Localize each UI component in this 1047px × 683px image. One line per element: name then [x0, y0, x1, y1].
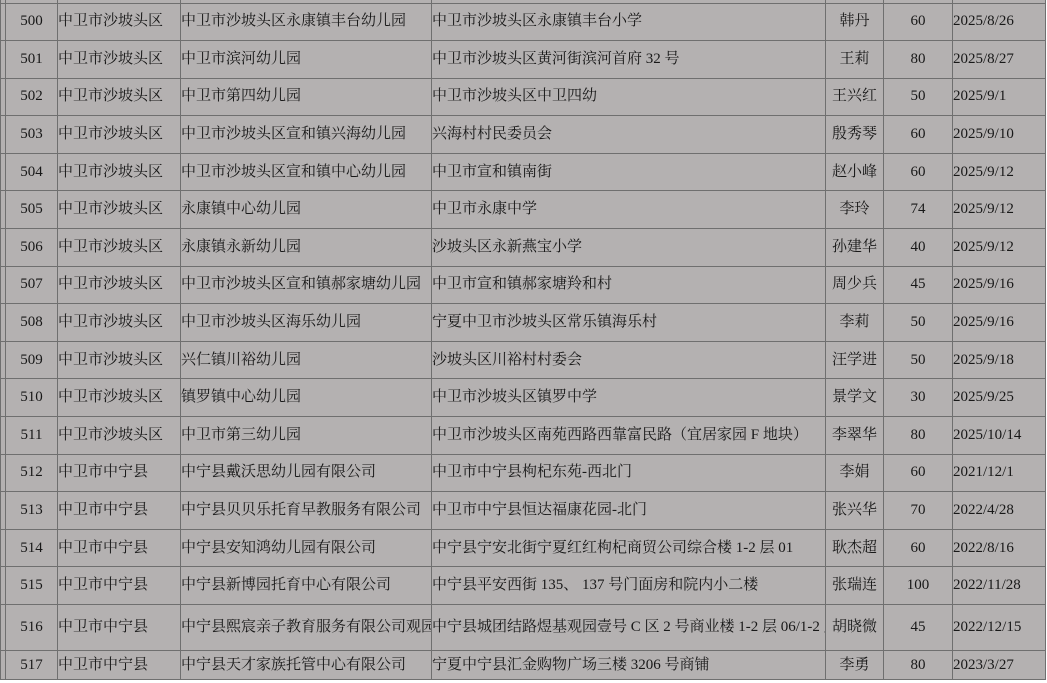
date-cell[interactable]: 2025/8/27	[953, 41, 1046, 79]
row-number-cell[interactable]: 508	[6, 304, 58, 342]
facility-name-cell[interactable]: 中卫市沙坡头区海乐幼儿园	[181, 304, 432, 342]
facility-name-cell[interactable]: 永康镇中心幼儿园	[181, 191, 432, 229]
capacity-cell[interactable]: 40	[884, 229, 953, 267]
address-cell[interactable]: 中卫市宣和镇郝家塘羚和村	[432, 266, 826, 304]
region-cell[interactable]: 中卫市沙坡头区	[58, 116, 181, 154]
table-row: 508中卫市沙坡头区中卫市沙坡头区海乐幼儿园宁夏中卫市沙坡头区常乐镇海乐村李莉5…	[1, 304, 1046, 342]
facility-name-cell[interactable]: 中卫市沙坡头区宣和镇兴海幼儿园	[181, 116, 432, 154]
row-number-cell[interactable]: 514	[6, 529, 58, 567]
table-row: 503中卫市沙坡头区中卫市沙坡头区宣和镇兴海幼儿园兴海村村民委员会殷秀琴6020…	[1, 116, 1046, 154]
capacity-cell[interactable]: 60	[884, 454, 953, 492]
address-cell[interactable]: 中卫市沙坡头区永康镇丰台小学	[432, 3, 826, 41]
contact-name-cell[interactable]: 殷秀琴	[826, 116, 884, 154]
date-cell[interactable]: 2025/9/16	[953, 266, 1046, 304]
address-cell[interactable]: 中卫市中宁县恒达福康花园-北门	[432, 492, 826, 530]
row-number-cell[interactable]: 509	[6, 341, 58, 379]
row-number-cell[interactable]: 505	[6, 191, 58, 229]
row-number-cell[interactable]: 516	[6, 605, 58, 651]
capacity-cell[interactable]: 30	[884, 379, 953, 417]
date-cell[interactable]: 2025/9/12	[953, 153, 1046, 191]
contact-name-cell[interactable]: 李勇	[826, 651, 884, 680]
region-cell[interactable]: 中卫市沙坡头区	[58, 191, 181, 229]
table-row: 511中卫市沙坡头区中卫市第三幼儿园中卫市沙坡头区南苑西路西靠富民路（宜居家园 …	[1, 417, 1046, 455]
row-number-cell[interactable]: 512	[6, 454, 58, 492]
date-cell[interactable]: 2022/8/16	[953, 529, 1046, 567]
address-cell[interactable]: 中宁县宁安北街宁夏红红枸杞商贸公司综合楼 1-2 层 01	[432, 529, 826, 567]
row-number-cell[interactable]: 506	[6, 229, 58, 267]
date-cell[interactable]: 2025/9/16	[953, 304, 1046, 342]
spreadsheet-viewport: 500中卫市沙坡头区中卫市沙坡头区永康镇丰台幼儿园中卫市沙坡头区永康镇丰台小学韩…	[0, 0, 1046, 680]
facility-name-cell[interactable]: 中卫市沙坡头区永康镇丰台幼儿园	[181, 3, 432, 41]
address-cell[interactable]: 中卫市宣和镇南街	[432, 153, 826, 191]
capacity-cell[interactable]: 60	[884, 116, 953, 154]
facility-name-cell[interactable]: 中卫市沙坡头区宣和镇郝家塘幼儿园	[181, 266, 432, 304]
date-cell[interactable]: 2022/4/28	[953, 492, 1046, 530]
row-number-cell[interactable]: 513	[6, 492, 58, 530]
table-row: 516中卫市中宁县中宁县熙宸亲子教育服务有限公司观园壹号分公司中宁县城团结路煜基…	[1, 605, 1046, 651]
capacity-cell[interactable]: 60	[884, 3, 953, 41]
region-cell[interactable]: 中卫市沙坡头区	[58, 304, 181, 342]
table-row: 509中卫市沙坡头区兴仁镇川裕幼儿园沙坡头区川裕村村委会汪学进502025/9/…	[1, 341, 1046, 379]
row-number-cell[interactable]: 515	[6, 567, 58, 605]
table-row: 501中卫市沙坡头区中卫市滨河幼儿园中卫市沙坡头区黄河街滨河首府 32 号王莉8…	[1, 41, 1046, 79]
contact-name-cell[interactable]: 景学文	[826, 379, 884, 417]
facility-name-cell[interactable]: 中卫市第四幼儿园	[181, 78, 432, 116]
table-row: 506中卫市沙坡头区永康镇永新幼儿园沙坡头区永新燕宝小学孙建华402025/9/…	[1, 229, 1046, 267]
address-cell[interactable]: 中卫市沙坡头区中卫四幼	[432, 78, 826, 116]
records-table-body: 500中卫市沙坡头区中卫市沙坡头区永康镇丰台幼儿园中卫市沙坡头区永康镇丰台小学韩…	[1, 0, 1046, 680]
capacity-cell[interactable]: 60	[884, 153, 953, 191]
capacity-cell[interactable]: 45	[884, 605, 953, 651]
table-row: 500中卫市沙坡头区中卫市沙坡头区永康镇丰台幼儿园中卫市沙坡头区永康镇丰台小学韩…	[1, 3, 1046, 41]
contact-name-cell[interactable]: 韩丹	[826, 3, 884, 41]
facility-name-cell[interactable]: 永康镇永新幼儿园	[181, 229, 432, 267]
table-row: 515中卫市中宁县中宁县新博园托育中心有限公司中宁县平安西街 135、 137 …	[1, 567, 1046, 605]
address-cell[interactable]: 沙坡头区川裕村村委会	[432, 341, 826, 379]
row-number-cell[interactable]: 503	[6, 116, 58, 154]
table-row: 510中卫市沙坡头区镇罗镇中心幼儿园中卫市沙坡头区镇罗中学景学文302025/9…	[1, 379, 1046, 417]
address-cell[interactable]: 兴海村村民委员会	[432, 116, 826, 154]
facility-name-cell[interactable]: 镇罗镇中心幼儿园	[181, 379, 432, 417]
date-cell[interactable]: 2025/9/10	[953, 116, 1046, 154]
region-cell[interactable]: 中卫市沙坡头区	[58, 78, 181, 116]
table-row: 504中卫市沙坡头区中卫市沙坡头区宣和镇中心幼儿园中卫市宣和镇南街赵小峰6020…	[1, 153, 1046, 191]
region-cell[interactable]: 中卫市中宁县	[58, 492, 181, 530]
row-number-cell[interactable]: 511	[6, 417, 58, 455]
facility-name-cell[interactable]: 中宁县戴沃思幼儿园有限公司	[181, 454, 432, 492]
table-row: 507中卫市沙坡头区中卫市沙坡头区宣和镇郝家塘幼儿园中卫市宣和镇郝家塘羚和村周少…	[1, 266, 1046, 304]
contact-name-cell[interactable]: 周少兵	[826, 266, 884, 304]
facility-name-cell[interactable]: 中卫市沙坡头区宣和镇中心幼儿园	[181, 153, 432, 191]
address-cell[interactable]: 中卫市沙坡头区黄河街滨河首府 32 号	[432, 41, 826, 79]
region-cell[interactable]: 中卫市中宁县	[58, 651, 181, 680]
contact-name-cell[interactable]: 李翠华	[826, 417, 884, 455]
region-cell[interactable]: 中卫市沙坡头区	[58, 41, 181, 79]
capacity-cell[interactable]: 80	[884, 417, 953, 455]
table-row: 513中卫市中宁县中宁县贝贝乐托育早教服务有限公司中卫市中宁县恒达福康花园-北门…	[1, 492, 1046, 530]
table-row: 502中卫市沙坡头区中卫市第四幼儿园中卫市沙坡头区中卫四幼王兴红502025/9…	[1, 78, 1046, 116]
address-cell[interactable]: 中卫市中宁县枸杞东苑-西北门	[432, 454, 826, 492]
date-cell[interactable]: 2025/10/14	[953, 417, 1046, 455]
capacity-cell[interactable]: 60	[884, 529, 953, 567]
region-cell[interactable]: 中卫市中宁县	[58, 567, 181, 605]
capacity-cell[interactable]: 80	[884, 41, 953, 79]
table-row: 505中卫市沙坡头区永康镇中心幼儿园中卫市永康中学李玲742025/9/12	[1, 191, 1046, 229]
capacity-cell[interactable]: 50	[884, 304, 953, 342]
contact-name-cell[interactable]: 汪学进	[826, 341, 884, 379]
facility-name-cell[interactable]: 兴仁镇川裕幼儿园	[181, 341, 432, 379]
date-cell[interactable]: 2025/9/12	[953, 191, 1046, 229]
row-number-cell[interactable]: 510	[6, 379, 58, 417]
date-cell[interactable]: 2022/11/28	[953, 567, 1046, 605]
contact-name-cell[interactable]: 李玲	[826, 191, 884, 229]
facility-name-cell[interactable]: 中宁县熙宸亲子教育服务有限公司观园壹号分公司	[181, 605, 432, 651]
row-number-cell[interactable]: 500	[6, 3, 58, 41]
capacity-cell[interactable]: 80	[884, 651, 953, 680]
capacity-cell[interactable]: 74	[884, 191, 953, 229]
date-cell[interactable]: 2025/8/26	[953, 3, 1046, 41]
date-cell[interactable]: 2023/3/27	[953, 651, 1046, 680]
contact-name-cell[interactable]: 耿杰超	[826, 529, 884, 567]
region-cell[interactable]: 中卫市中宁县	[58, 454, 181, 492]
region-cell[interactable]: 中卫市沙坡头区	[58, 229, 181, 267]
facility-name-cell[interactable]: 中宁县新博园托育中心有限公司	[181, 567, 432, 605]
address-cell[interactable]: 宁夏中宁县汇金购物广场三楼 3206 号商铺	[432, 651, 826, 680]
contact-name-cell[interactable]: 李莉	[826, 304, 884, 342]
address-cell[interactable]: 沙坡头区永新燕宝小学	[432, 229, 826, 267]
table-row: 517中卫市中宁县中宁县天才家族托管中心有限公司宁夏中宁县汇金购物广场三楼 32…	[1, 651, 1046, 680]
facility-name-cell[interactable]: 中宁县贝贝乐托育早教服务有限公司	[181, 492, 432, 530]
address-cell[interactable]: 宁夏中卫市沙坡头区常乐镇海乐村	[432, 304, 826, 342]
capacity-cell[interactable]: 100	[884, 567, 953, 605]
contact-name-cell[interactable]: 张兴华	[826, 492, 884, 530]
capacity-cell[interactable]: 50	[884, 341, 953, 379]
contact-name-cell[interactable]: 李娟	[826, 454, 884, 492]
region-cell[interactable]: 中卫市沙坡头区	[58, 379, 181, 417]
row-number-cell[interactable]: 517	[6, 651, 58, 680]
region-cell[interactable]: 中卫市沙坡头区	[58, 3, 181, 41]
facility-name-cell[interactable]: 中卫市第三幼儿园	[181, 417, 432, 455]
address-cell[interactable]: 中宁县平安西街 135、 137 号门面房和院内小二楼	[432, 567, 826, 605]
address-cell[interactable]: 中卫市沙坡头区南苑西路西靠富民路（宜居家园 F 地块）	[432, 417, 826, 455]
region-cell[interactable]: 中卫市沙坡头区	[58, 341, 181, 379]
contact-name-cell[interactable]: 王莉	[826, 41, 884, 79]
facility-name-cell[interactable]: 中卫市滨河幼儿园	[181, 41, 432, 79]
row-number-cell[interactable]: 507	[6, 266, 58, 304]
contact-name-cell[interactable]: 王兴红	[826, 78, 884, 116]
address-cell[interactable]: 中宁县城团结路煜基观园壹号 C 区 2 号商业楼 1-2 层 06/1-2 层 …	[432, 605, 826, 651]
region-cell[interactable]: 中卫市中宁县	[58, 529, 181, 567]
row-number-cell[interactable]: 504	[6, 153, 58, 191]
table-row: 512中卫市中宁县中宁县戴沃思幼儿园有限公司中卫市中宁县枸杞东苑-西北门李娟60…	[1, 454, 1046, 492]
date-cell[interactable]: 2021/12/1	[953, 454, 1046, 492]
address-cell[interactable]: 中卫市沙坡头区镇罗中学	[432, 379, 826, 417]
contact-name-cell[interactable]: 孙建华	[826, 229, 884, 267]
capacity-cell[interactable]: 45	[884, 266, 953, 304]
capacity-cell[interactable]: 70	[884, 492, 953, 530]
date-cell[interactable]: 2025/9/25	[953, 379, 1046, 417]
contact-name-cell[interactable]: 赵小峰	[826, 153, 884, 191]
table-row: 514中卫市中宁县中宁县安知鸿幼儿园有限公司中宁县宁安北街宁夏红红枸杞商贸公司综…	[1, 529, 1046, 567]
contact-name-cell[interactable]: 胡晓微	[826, 605, 884, 651]
region-cell[interactable]: 中卫市沙坡头区	[58, 153, 181, 191]
region-cell[interactable]: 中卫市沙坡头区	[58, 266, 181, 304]
date-cell[interactable]: 2022/12/15	[953, 605, 1046, 651]
facility-name-cell[interactable]: 中宁县天才家族托管中心有限公司	[181, 651, 432, 680]
date-cell[interactable]: 2025/9/1	[953, 78, 1046, 116]
date-cell[interactable]: 2025/9/18	[953, 341, 1046, 379]
region-cell[interactable]: 中卫市沙坡头区	[58, 417, 181, 455]
date-cell[interactable]: 2025/9/12	[953, 229, 1046, 267]
region-cell[interactable]: 中卫市中宁县	[58, 605, 181, 651]
address-cell[interactable]: 中卫市永康中学	[432, 191, 826, 229]
capacity-cell[interactable]: 50	[884, 78, 953, 116]
contact-name-cell[interactable]: 张瑞连	[826, 567, 884, 605]
facility-records-table: 500中卫市沙坡头区中卫市沙坡头区永康镇丰台幼儿园中卫市沙坡头区永康镇丰台小学韩…	[0, 0, 1046, 680]
row-number-cell[interactable]: 501	[6, 41, 58, 79]
row-number-cell[interactable]: 502	[6, 78, 58, 116]
facility-name-cell[interactable]: 中宁县安知鸿幼儿园有限公司	[181, 529, 432, 567]
